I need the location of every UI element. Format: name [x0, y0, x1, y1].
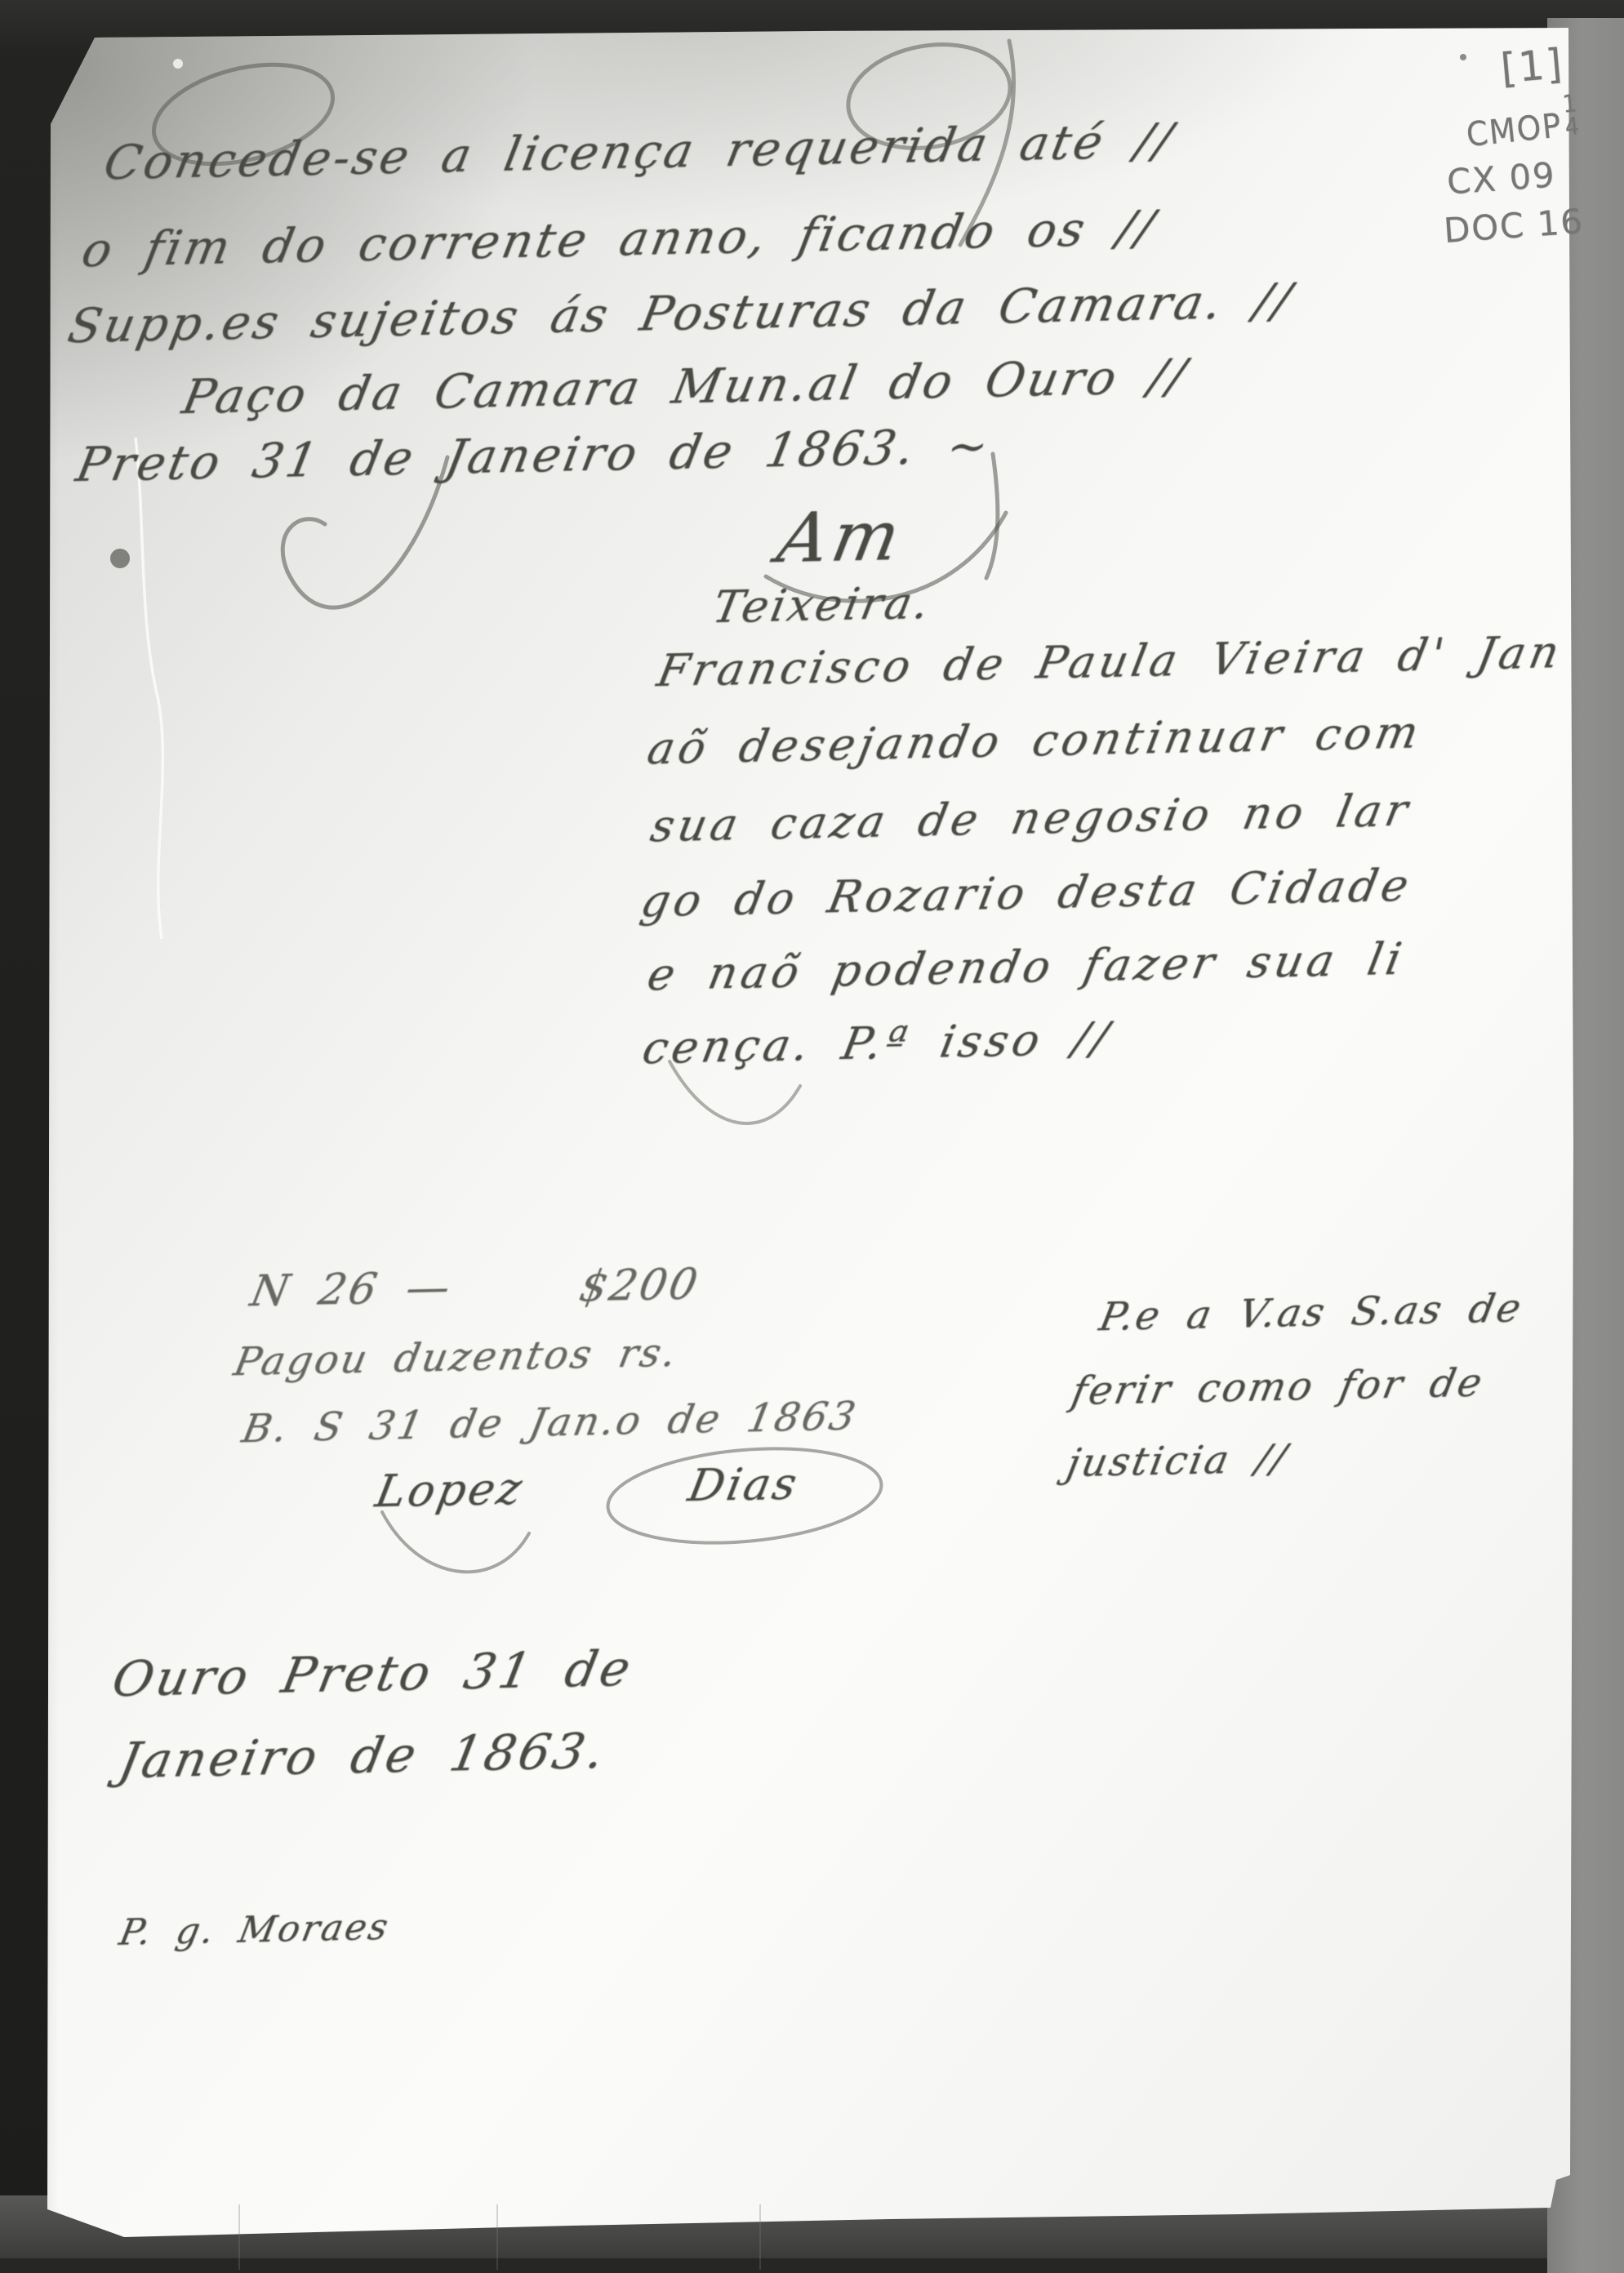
fee-signature-dias: Dias	[684, 1457, 803, 1511]
despacho-rubric: Am	[772, 496, 910, 578]
plea-line: justicia //	[1063, 1435, 1293, 1486]
fee-amount: $200	[576, 1260, 704, 1311]
plea-line: P.e a V.as S.as de	[1096, 1285, 1527, 1340]
scanned-document-page: [1] CMOP14 CX 09 DOC 16 Concede-se a lic…	[0, 0, 1624, 2273]
despacho-signature: Teixeira.	[709, 576, 936, 633]
fee-signature-lopez: Lopez	[372, 1462, 528, 1517]
petition-line: cença. P.ª isso //	[638, 1012, 1116, 1074]
fee-receipt-line: Pagou duzentos rs.	[230, 1330, 682, 1385]
plea-line: ferir como for de	[1068, 1360, 1488, 1414]
dateline-line: Ouro Preto 31 de	[108, 1640, 638, 1708]
archival-folio-mark: [1]	[1499, 40, 1566, 92]
scanner-bed-bottom-edge	[0, 2258, 1624, 2273]
archival-box-mark: CX 09	[1445, 154, 1556, 202]
clerk-signature: P. g. Moraes	[116, 1906, 394, 1954]
fee-number: N 26 —	[247, 1263, 456, 1316]
dateline-line: Janeiro de 1863.	[114, 1723, 612, 1790]
archival-fraction-denominator: 4	[1564, 114, 1581, 138]
